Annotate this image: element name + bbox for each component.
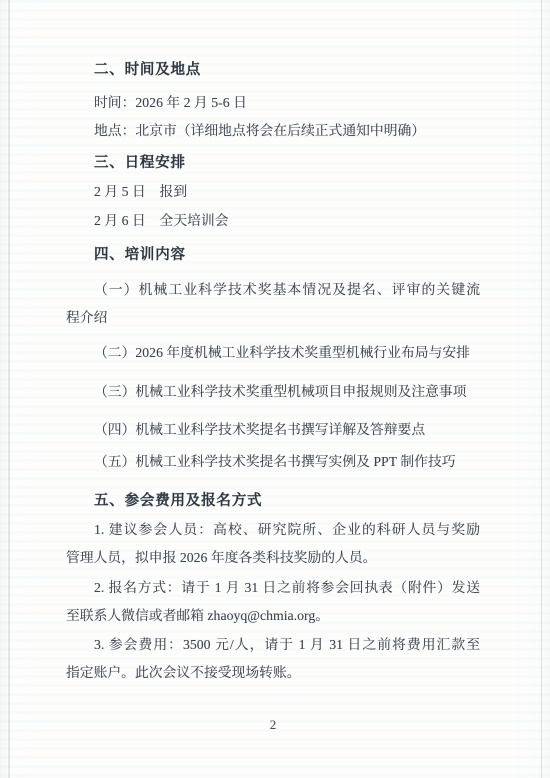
section-heading-training-content: 四、培训内容: [66, 241, 480, 269]
document-page: 二、时间及地点 时间：2026 年 2 月 5-6 日 地点：北京市（详细地点将…: [0, 0, 550, 778]
line-time: 时间：2026 年 2 月 5-6 日: [66, 89, 480, 117]
fees-item-2-line1: 2. 报名方式：请于 1 月 31 日之前将参会回执表（附件）发送: [66, 574, 480, 602]
fees-item-1-line2: 管理人员，拟申报 2026 年度各类科技奖励的人员。: [66, 544, 480, 572]
line-schedule-feb6: 2 月 6 日 全天培训会: [66, 207, 480, 235]
line-location: 地点：北京市（详细地点将会在后续正式通知中明确）: [66, 117, 480, 145]
training-item-1-line1: （一）机械工业科学技术奖基本情况及提名、评审的关键流: [66, 276, 480, 304]
training-item-4: （四）机械工业科学技术奖提名书撰写详解及答辩要点: [66, 416, 480, 444]
page-number: 2: [66, 711, 480, 739]
training-item-3: （三）机械工业科学技术奖重型机械项目申报规则及注意事项: [66, 378, 480, 406]
document-content: 二、时间及地点 时间：2026 年 2 月 5-6 日 地点：北京市（详细地点将…: [66, 0, 480, 739]
section-heading-schedule: 三、日程安排: [66, 149, 480, 177]
training-item-1-line2: 程介绍: [66, 304, 480, 332]
fees-item-3-line1: 3. 参会费用：3500 元/人，请于 1 月 31 日之前将费用汇款至: [66, 631, 480, 659]
training-item-5: （五）机械工业科学技术奖提名书撰写实例及 PPT 制作技巧: [66, 448, 480, 476]
fees-item-3-line2: 指定账户。此次会议不接受现场转账。: [66, 659, 480, 687]
section-heading-fees-registration: 五、参会费用及报名方式: [66, 487, 480, 515]
line-schedule-feb5: 2 月 5 日 报到: [66, 178, 480, 206]
scan-edge-left-line: [8, 0, 10, 778]
section-heading-time-location: 二、时间及地点: [66, 56, 480, 84]
scan-edge-right-line: [541, 0, 542, 778]
training-item-2: （二）2026 年度机械工业科学技术奖重型机械行业布局与安排: [66, 339, 480, 367]
fees-item-2-line2: 至联系人微信或者邮箱 zhaoyq@chmia.org。: [66, 602, 480, 630]
fees-item-1-line1: 1. 建议参会人员：高校、研究院所、企业的科研人员与奖励: [66, 516, 480, 544]
